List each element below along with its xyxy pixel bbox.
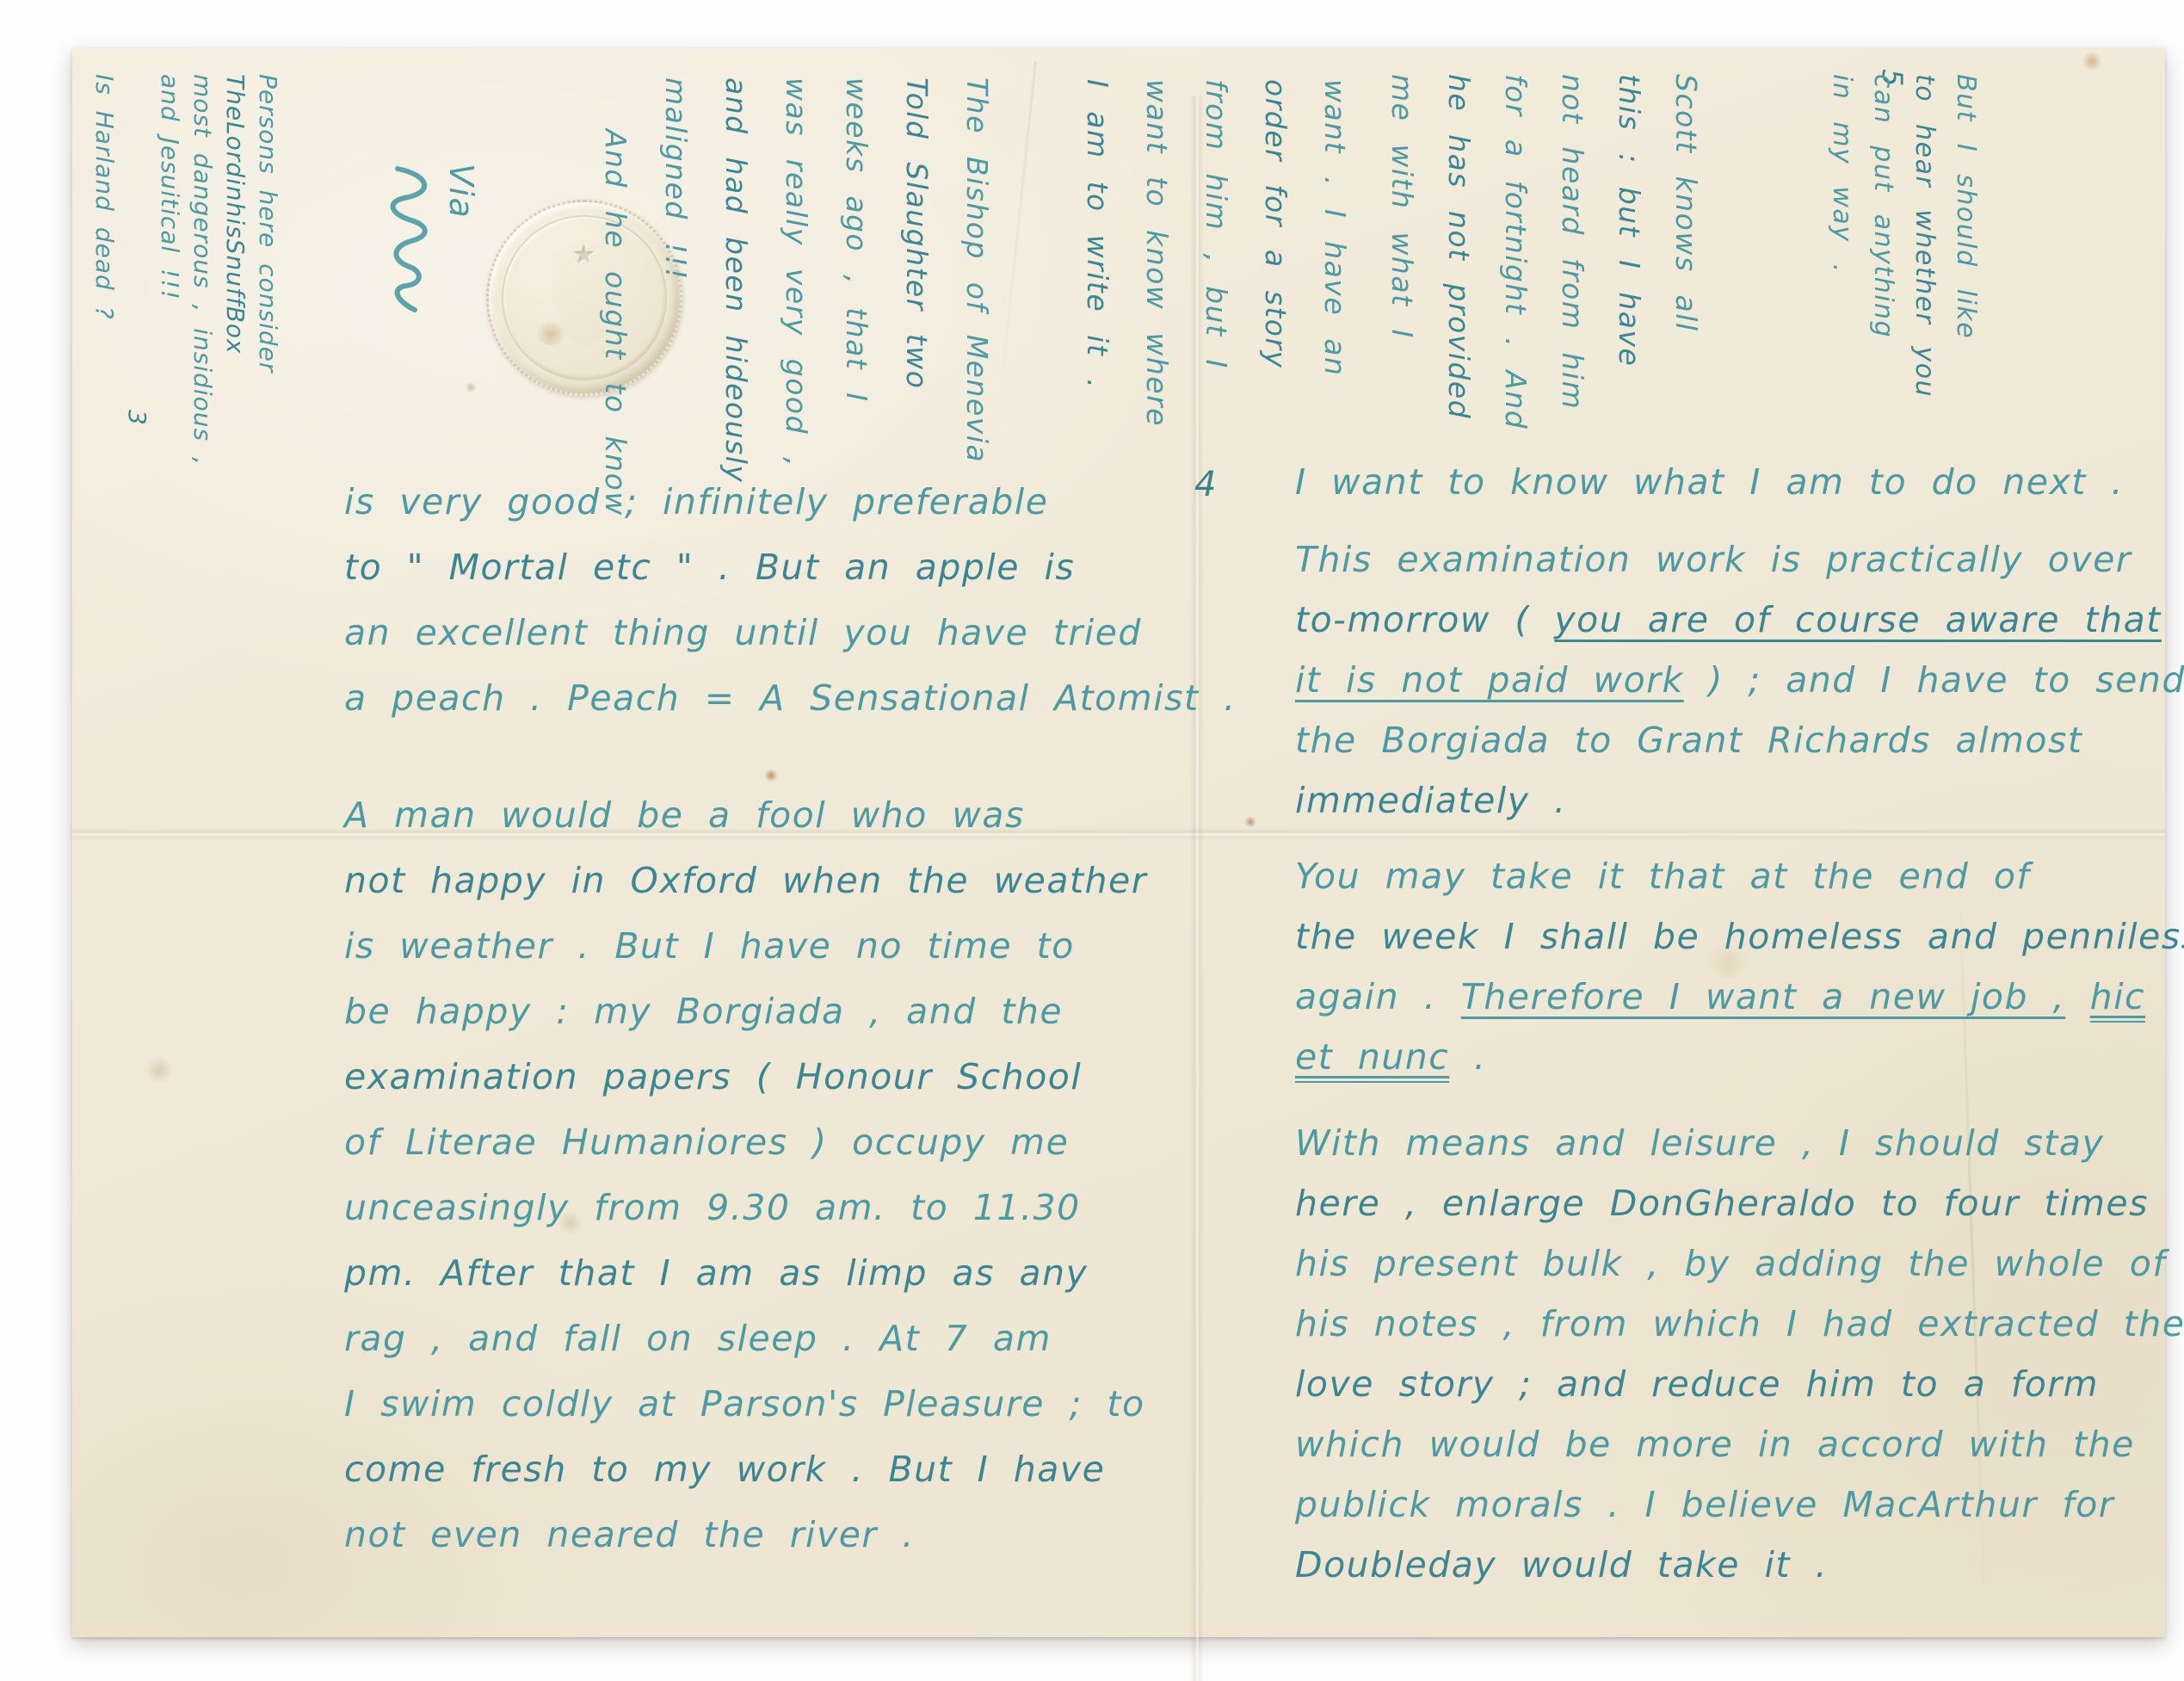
left-page-text: is very good ; infinitely preferableto "… bbox=[344, 469, 1179, 1567]
handwritten-line: can put anything bbox=[1862, 74, 1903, 504]
handwritten-line: again . Therefore I want a new job , hic bbox=[1295, 967, 2160, 1027]
handwritten-line: to-morrow ( you are of course aware that bbox=[1295, 590, 2160, 650]
handwritten-line: love story ; and reduce him to a form bbox=[1295, 1354, 2160, 1414]
handwritten-line: 3 bbox=[120, 74, 153, 612]
handwritten-line: rag , and fall on sleep . At 7 am bbox=[344, 1306, 1179, 1371]
handwritten-line: is very good ; infinitely preferable bbox=[344, 469, 1179, 535]
rotated-paragraph-should-like: But I should liketo hear whether youcan … bbox=[1814, 74, 1986, 504]
handwritten-line: be happy : my Borgiada , and the bbox=[344, 979, 1179, 1044]
handwritten-line: et nunc . bbox=[1295, 1027, 2160, 1087]
phrase: . bbox=[1449, 1036, 1486, 1078]
page-number-4: 4 bbox=[1194, 465, 1216, 504]
handwritten-line: which would be more in accord with the bbox=[1295, 1414, 2160, 1474]
seal-smudge bbox=[534, 323, 568, 345]
handwritten-line: I am to write it . bbox=[1068, 79, 1127, 510]
handwritten-line: want . I have an bbox=[1305, 79, 1365, 510]
handwritten-line: from him , but I bbox=[1187, 79, 1246, 510]
letter-photo: ★ 5 But I should liketo hear whether you… bbox=[0, 0, 2184, 1681]
handwritten-line: Persons here consider bbox=[251, 74, 284, 612]
handwritten-line: But I should like bbox=[1945, 74, 1986, 504]
right-paragraph-3: You may take it that at the end ofthe we… bbox=[1295, 846, 2160, 1087]
right-page-text: I want to know what I am to do next . Th… bbox=[1295, 452, 2160, 1595]
underlined-phrase: you are of course aware that bbox=[1554, 599, 2161, 640]
underlined-phrase: Therefore I want a new job , bbox=[1461, 976, 2065, 1017]
handwritten-line: a peach . Peach = A Sensational Atomist … bbox=[344, 665, 1179, 731]
handwritten-line: is weather . But I have no time to bbox=[344, 913, 1179, 979]
handwritten-line: Is Harland dead ? bbox=[88, 74, 120, 612]
signature-word: Via bbox=[442, 164, 480, 219]
handwritten-line: come fresh to my work . But I have bbox=[344, 1437, 1179, 1502]
underlined-phrase: it is not paid work bbox=[1295, 659, 1684, 701]
handwritten-line: I want to know what I am to do next . bbox=[1295, 452, 2160, 512]
handwritten-line: the Borgiada to Grant Richards almost bbox=[1295, 710, 2160, 770]
handwritten-line: to hear whether you bbox=[1903, 74, 1945, 504]
handwritten-line: here , enlarge DonGheraldo to four times bbox=[1295, 1173, 2160, 1233]
handwritten-line: an excellent thing until you have tried bbox=[344, 600, 1179, 665]
signature-scrawl bbox=[384, 164, 441, 336]
margin-note-page3: Persons here considerTheLordinhisSnuffBo… bbox=[83, 74, 284, 612]
right-paragraph-4: With means and leisure , I should stayhe… bbox=[1295, 1113, 2160, 1595]
handwritten-line: his notes , from which I had extracted t… bbox=[1295, 1294, 2160, 1354]
handwritten-line: in my way . bbox=[1821, 74, 1862, 504]
handwritten-line: With means and leisure , I should stay bbox=[1295, 1113, 2160, 1173]
handwritten-line: most dangerous , insidious , bbox=[186, 74, 219, 612]
signature-block: Via bbox=[370, 164, 480, 379]
handwritten-line: A man would be a fool who was bbox=[344, 782, 1179, 848]
handwritten-line: to " Mortal etc " . But an apple is bbox=[344, 535, 1179, 600]
handwritten-line: publick morals . I believe MacArthur for bbox=[1295, 1474, 2160, 1535]
handwritten-line: unceasingly from 9.30 am. to 11.30 bbox=[344, 1175, 1179, 1240]
handwritten-line: examination papers ( Honour School bbox=[344, 1044, 1179, 1109]
phrase: again . bbox=[1295, 976, 1461, 1017]
handwritten-line: pm. After that I am as limp as any bbox=[344, 1240, 1179, 1306]
handwritten-line: of Literae Humaniores ) occupy me bbox=[344, 1109, 1179, 1175]
handwritten-line: Doubleday would take it . bbox=[1295, 1535, 2160, 1595]
underlined-phrase: hic bbox=[2090, 976, 2145, 1023]
handwritten-line: This examination work is practically ove… bbox=[1295, 529, 2160, 590]
handwritten-line: order for a story bbox=[1246, 79, 1305, 510]
phrase bbox=[2065, 976, 2090, 1017]
left-paragraph-1: is very good ; infinitely preferableto "… bbox=[344, 469, 1179, 731]
handwritten-line: immediately . bbox=[1295, 770, 2160, 831]
left-paragraph-2: A man would be a fool who wasnot happy i… bbox=[344, 782, 1179, 1567]
handwritten-line: it is not paid work ) ; and I have to se… bbox=[1295, 650, 2160, 710]
handwritten-line: the week I shall be homeless and pennile… bbox=[1295, 906, 2160, 967]
handwritten-line: want to know where bbox=[1127, 79, 1187, 510]
handwritten-line: TheLordinhisSnuffBox bbox=[219, 74, 251, 612]
right-paragraph-1: I want to know what I am to do next . bbox=[1295, 452, 2160, 512]
handwritten-line: his present bulk , by adding the whole o… bbox=[1295, 1233, 2160, 1294]
handwritten-line: You may take it that at the end of bbox=[1295, 846, 2160, 906]
phrase: to-morrow ( bbox=[1295, 599, 1554, 640]
handwritten-line: not even neared the river . bbox=[344, 1502, 1179, 1567]
handwritten-line: not happy in Oxford when the weather bbox=[344, 848, 1179, 913]
handwritten-line: I swim coldly at Parson's Pleasure ; to bbox=[344, 1371, 1179, 1437]
underlined-phrase: et nunc bbox=[1295, 1036, 1449, 1083]
phrase: ) ; and I have to send bbox=[1684, 659, 2184, 701]
rotated-paragraph-want: want . I have anorder for a storyfrom hi… bbox=[1065, 79, 1365, 510]
handwritten-line: and Jesuitical !!! bbox=[153, 74, 186, 612]
right-paragraph-2: This examination work is practically ove… bbox=[1295, 529, 2160, 831]
